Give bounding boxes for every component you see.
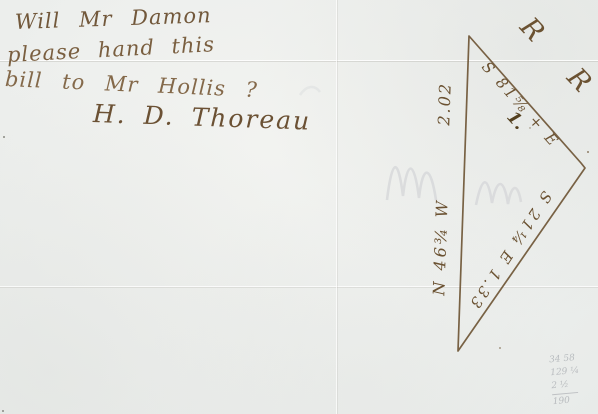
scanned-letter-page: Will Mr Damon please hand this bill to M… bbox=[0, 0, 598, 414]
dust-speck bbox=[2, 410, 4, 412]
left-side-distance-label: 2.02 bbox=[434, 82, 455, 127]
pencil-figure-row: 190 bbox=[552, 394, 582, 409]
pencil-ghost-squiggles bbox=[300, 87, 521, 205]
pencil-figure-row: 2 ½ bbox=[551, 378, 581, 393]
left-side-bearing-label: N 46¾ W bbox=[429, 198, 451, 297]
survey-triangle-diagram: R R S 81⅝ + E 1. S 21¼ E 1.33 N 46¾ W 2.… bbox=[0, 0, 598, 414]
pencil-figure-row: 129 ¼ bbox=[550, 365, 580, 380]
pencil-arithmetic-column: 34 58 129 ¼ 2 ½ 190 bbox=[549, 352, 582, 409]
dust-speck bbox=[3, 136, 5, 138]
bottom-side-bearing-label: S 21¼ E 1.33 bbox=[465, 188, 556, 314]
